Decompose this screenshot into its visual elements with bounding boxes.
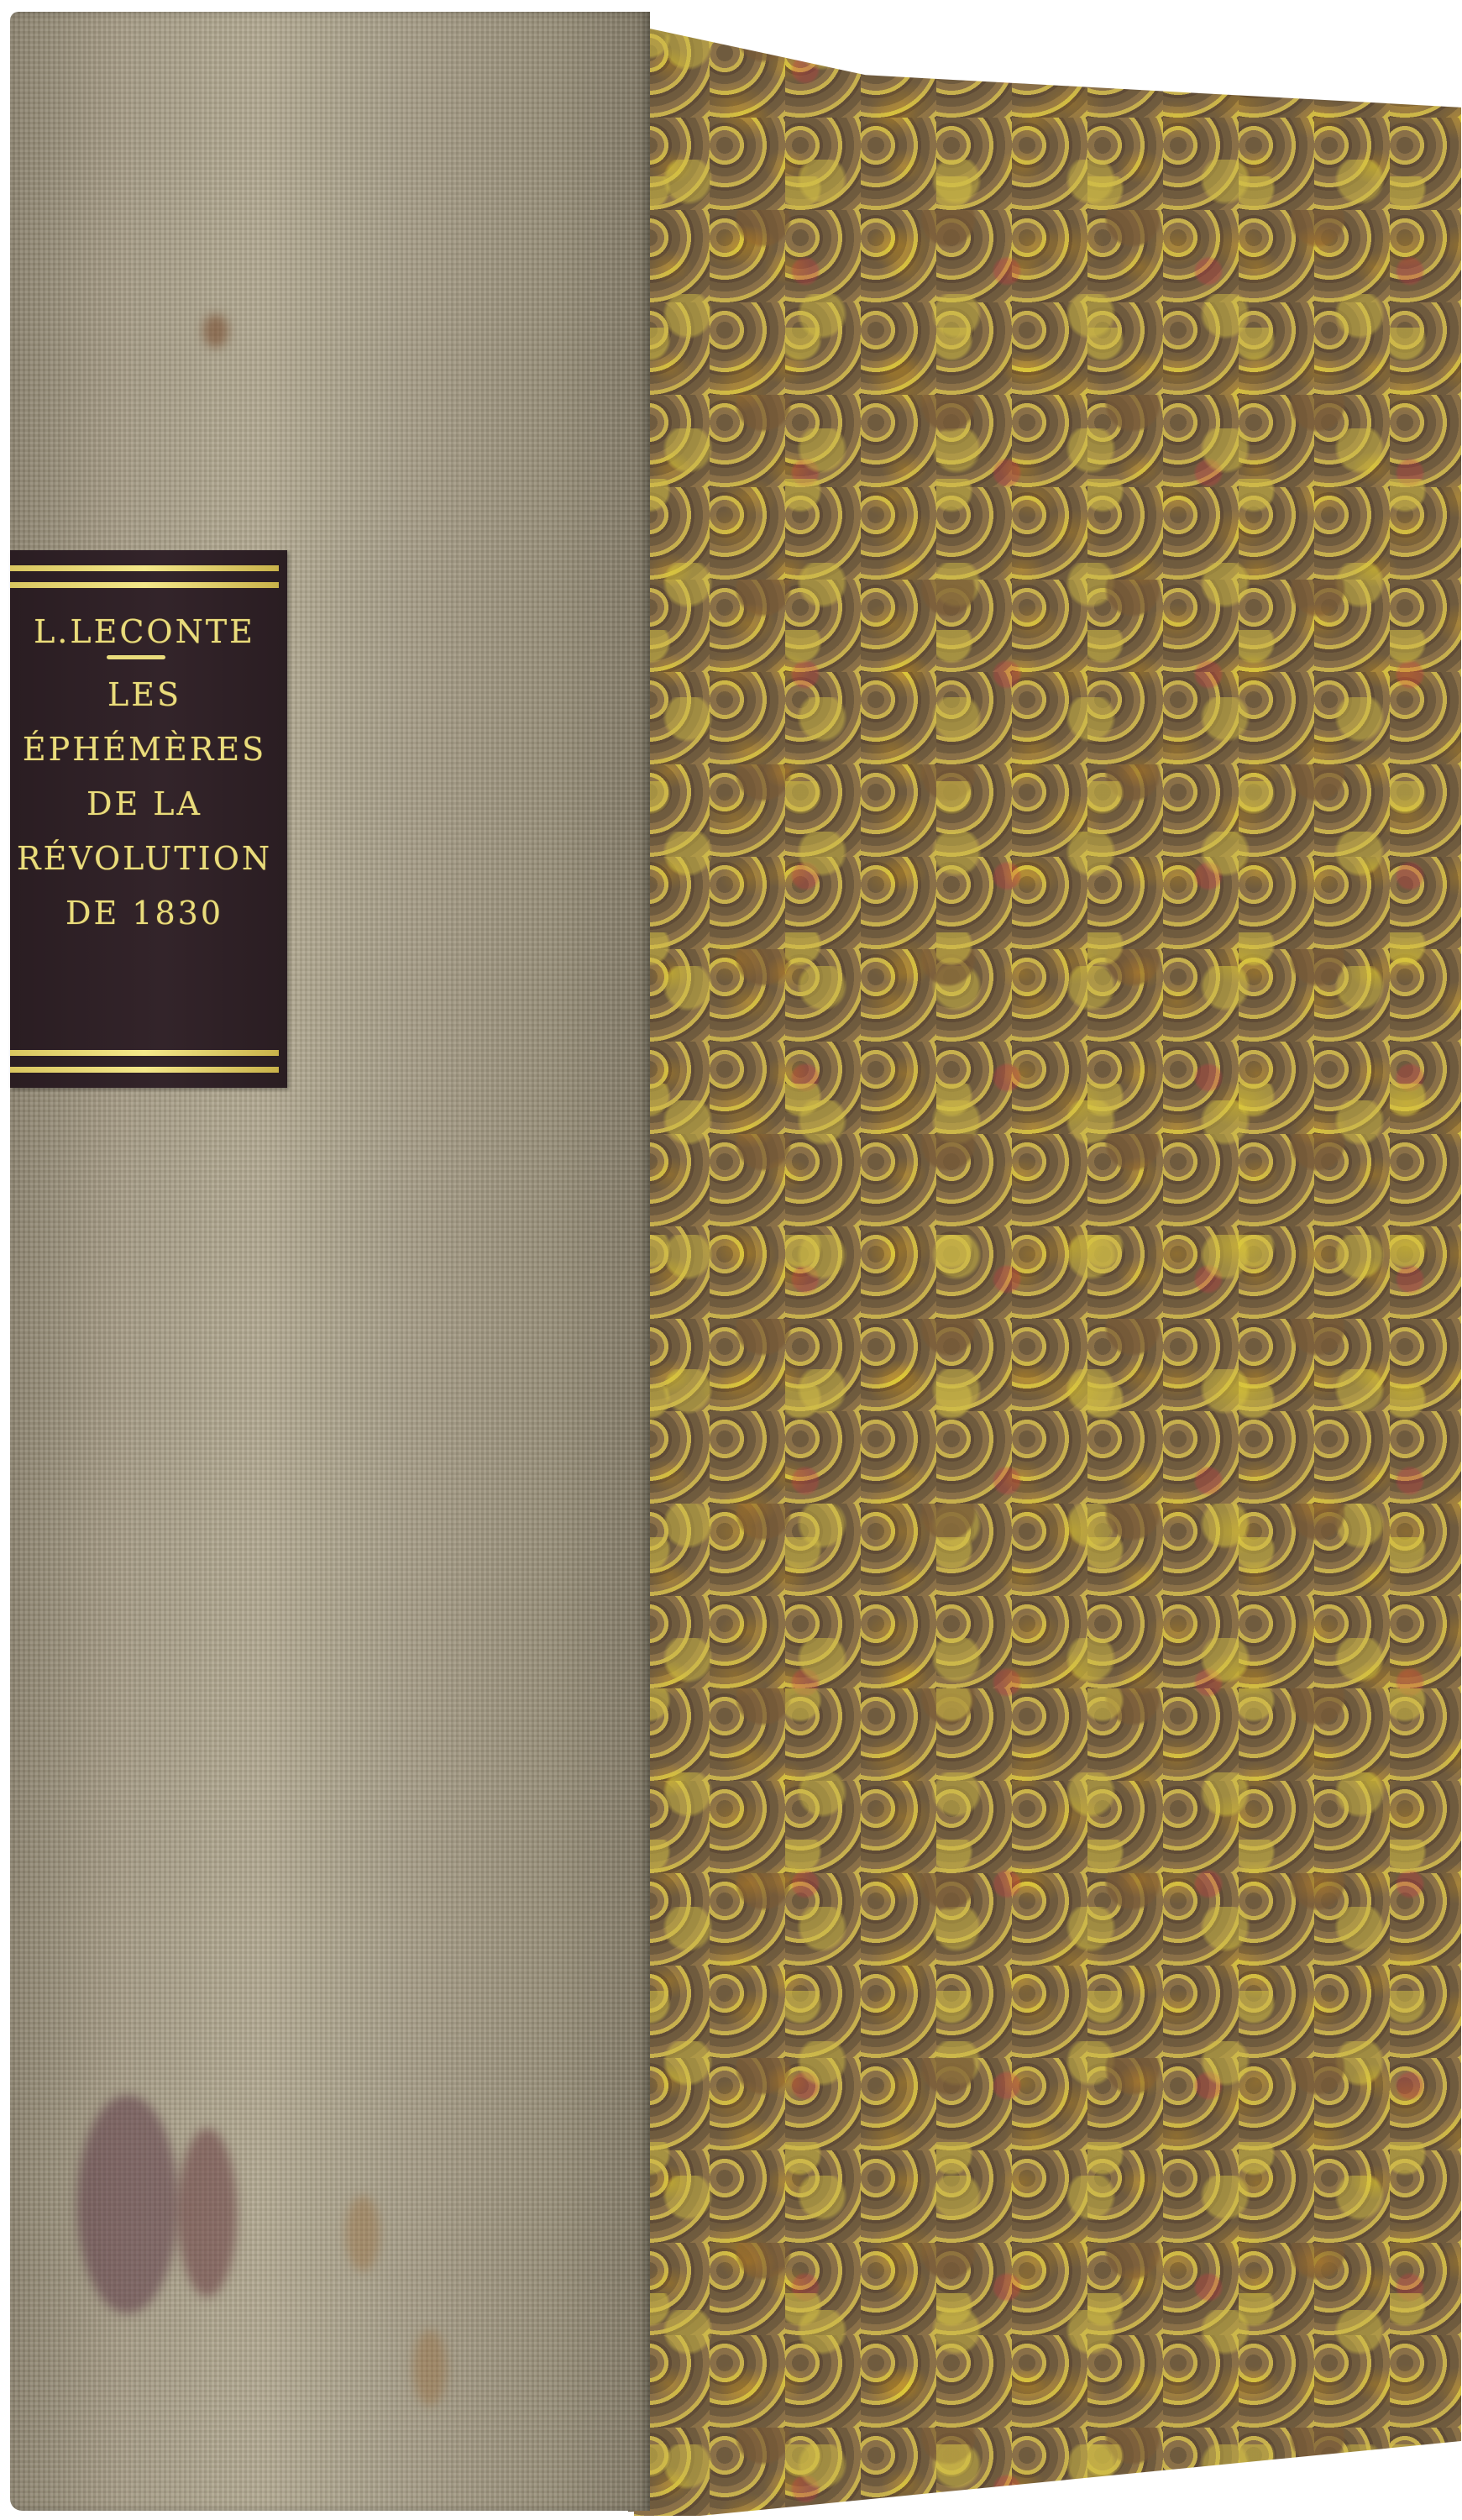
cloth-spine xyxy=(10,12,650,2511)
spine-stain xyxy=(413,2330,447,2406)
title-line-1: LES xyxy=(10,676,279,713)
title-line-4: RÉVOLUTION xyxy=(10,840,279,877)
spine-stain xyxy=(346,2196,380,2271)
author-name: L.LECONTE xyxy=(10,613,279,650)
marbled-front-cover xyxy=(634,25,1461,2516)
book-photo: L.LECONTE LES ÉPHÉMÈRES DE LA RÉVOLUTION… xyxy=(0,0,1462,2520)
gilt-rule xyxy=(10,1050,279,1056)
title-line-3: DE LA xyxy=(10,785,279,822)
spine-label: L.LECONTE LES ÉPHÉMÈRES DE LA RÉVOLUTION… xyxy=(10,550,287,1088)
spine-stain xyxy=(203,314,228,348)
gilt-rule xyxy=(10,565,279,571)
gilt-rule xyxy=(10,582,279,588)
title-line-2: ÉPHÉMÈRES xyxy=(10,731,279,768)
spine-stain xyxy=(178,2129,237,2297)
spine-stain xyxy=(77,2095,178,2313)
gilt-rule xyxy=(10,1067,279,1073)
title-line-5: DE 1830 xyxy=(10,895,279,932)
gilt-dash xyxy=(107,655,165,659)
